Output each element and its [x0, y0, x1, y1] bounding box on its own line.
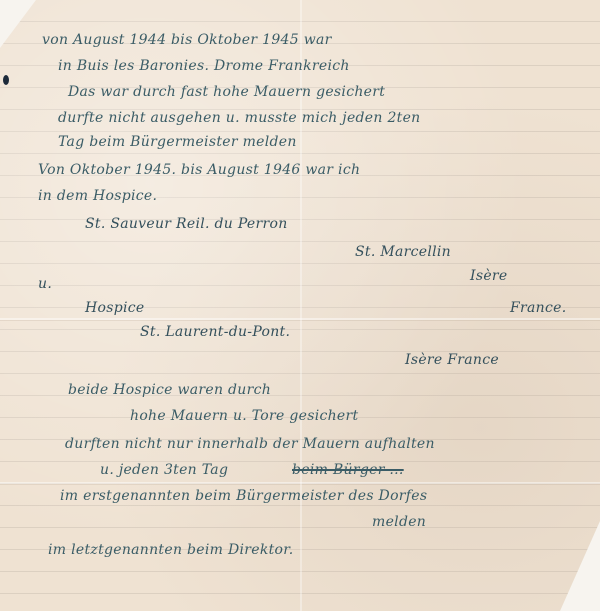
text-line: in Buis les Baronies. Drome Frankreich: [58, 58, 350, 74]
text-line: in dem Hospice.: [38, 188, 157, 204]
torn-corner: [0, 0, 36, 48]
address-line: Isère France: [405, 352, 499, 368]
text-line: von August 1944 bis Oktober 1945 war: [42, 32, 332, 48]
torn-corner: [560, 521, 600, 611]
text-line: Tag beim Bürgermeister melden: [58, 134, 297, 150]
address-line: St. Laurent-du-Pont.: [140, 324, 290, 340]
text-line: hohe Mauern u. Tore gesichert: [130, 408, 358, 424]
ink-blot: [3, 75, 9, 85]
text-line: Von Oktober 1945. bis August 1946 war ic…: [38, 162, 360, 178]
text-line: im erstgenannten beim Bürgermeister des …: [60, 488, 427, 504]
text-line: durfte nicht ausgehen u. musste mich jed…: [58, 110, 420, 126]
address-line: Hospice: [85, 300, 145, 316]
text-line: beide Hospice waren durch: [68, 382, 271, 398]
address-line: St. Sauveur Reil. du Perron: [85, 216, 288, 232]
text-line: im letztgenannten beim Direktor.: [48, 542, 294, 558]
text-line: u. jeden 3ten Tag: [100, 462, 228, 478]
address-line: Isère: [470, 268, 507, 284]
letter-page: von August 1944 bis Oktober 1945 war in …: [0, 0, 600, 611]
text-line: Das war durch fast hohe Mauern gesichert: [68, 84, 385, 100]
address-line: St. Marcellin: [355, 244, 451, 260]
struck-text: beim Bürger ...: [292, 462, 404, 478]
text-line: melden: [372, 514, 426, 530]
text-line: durften nicht nur innerhalb der Mauern a…: [65, 436, 435, 452]
address-line: France.: [510, 300, 566, 316]
text-line: u.: [38, 276, 52, 292]
